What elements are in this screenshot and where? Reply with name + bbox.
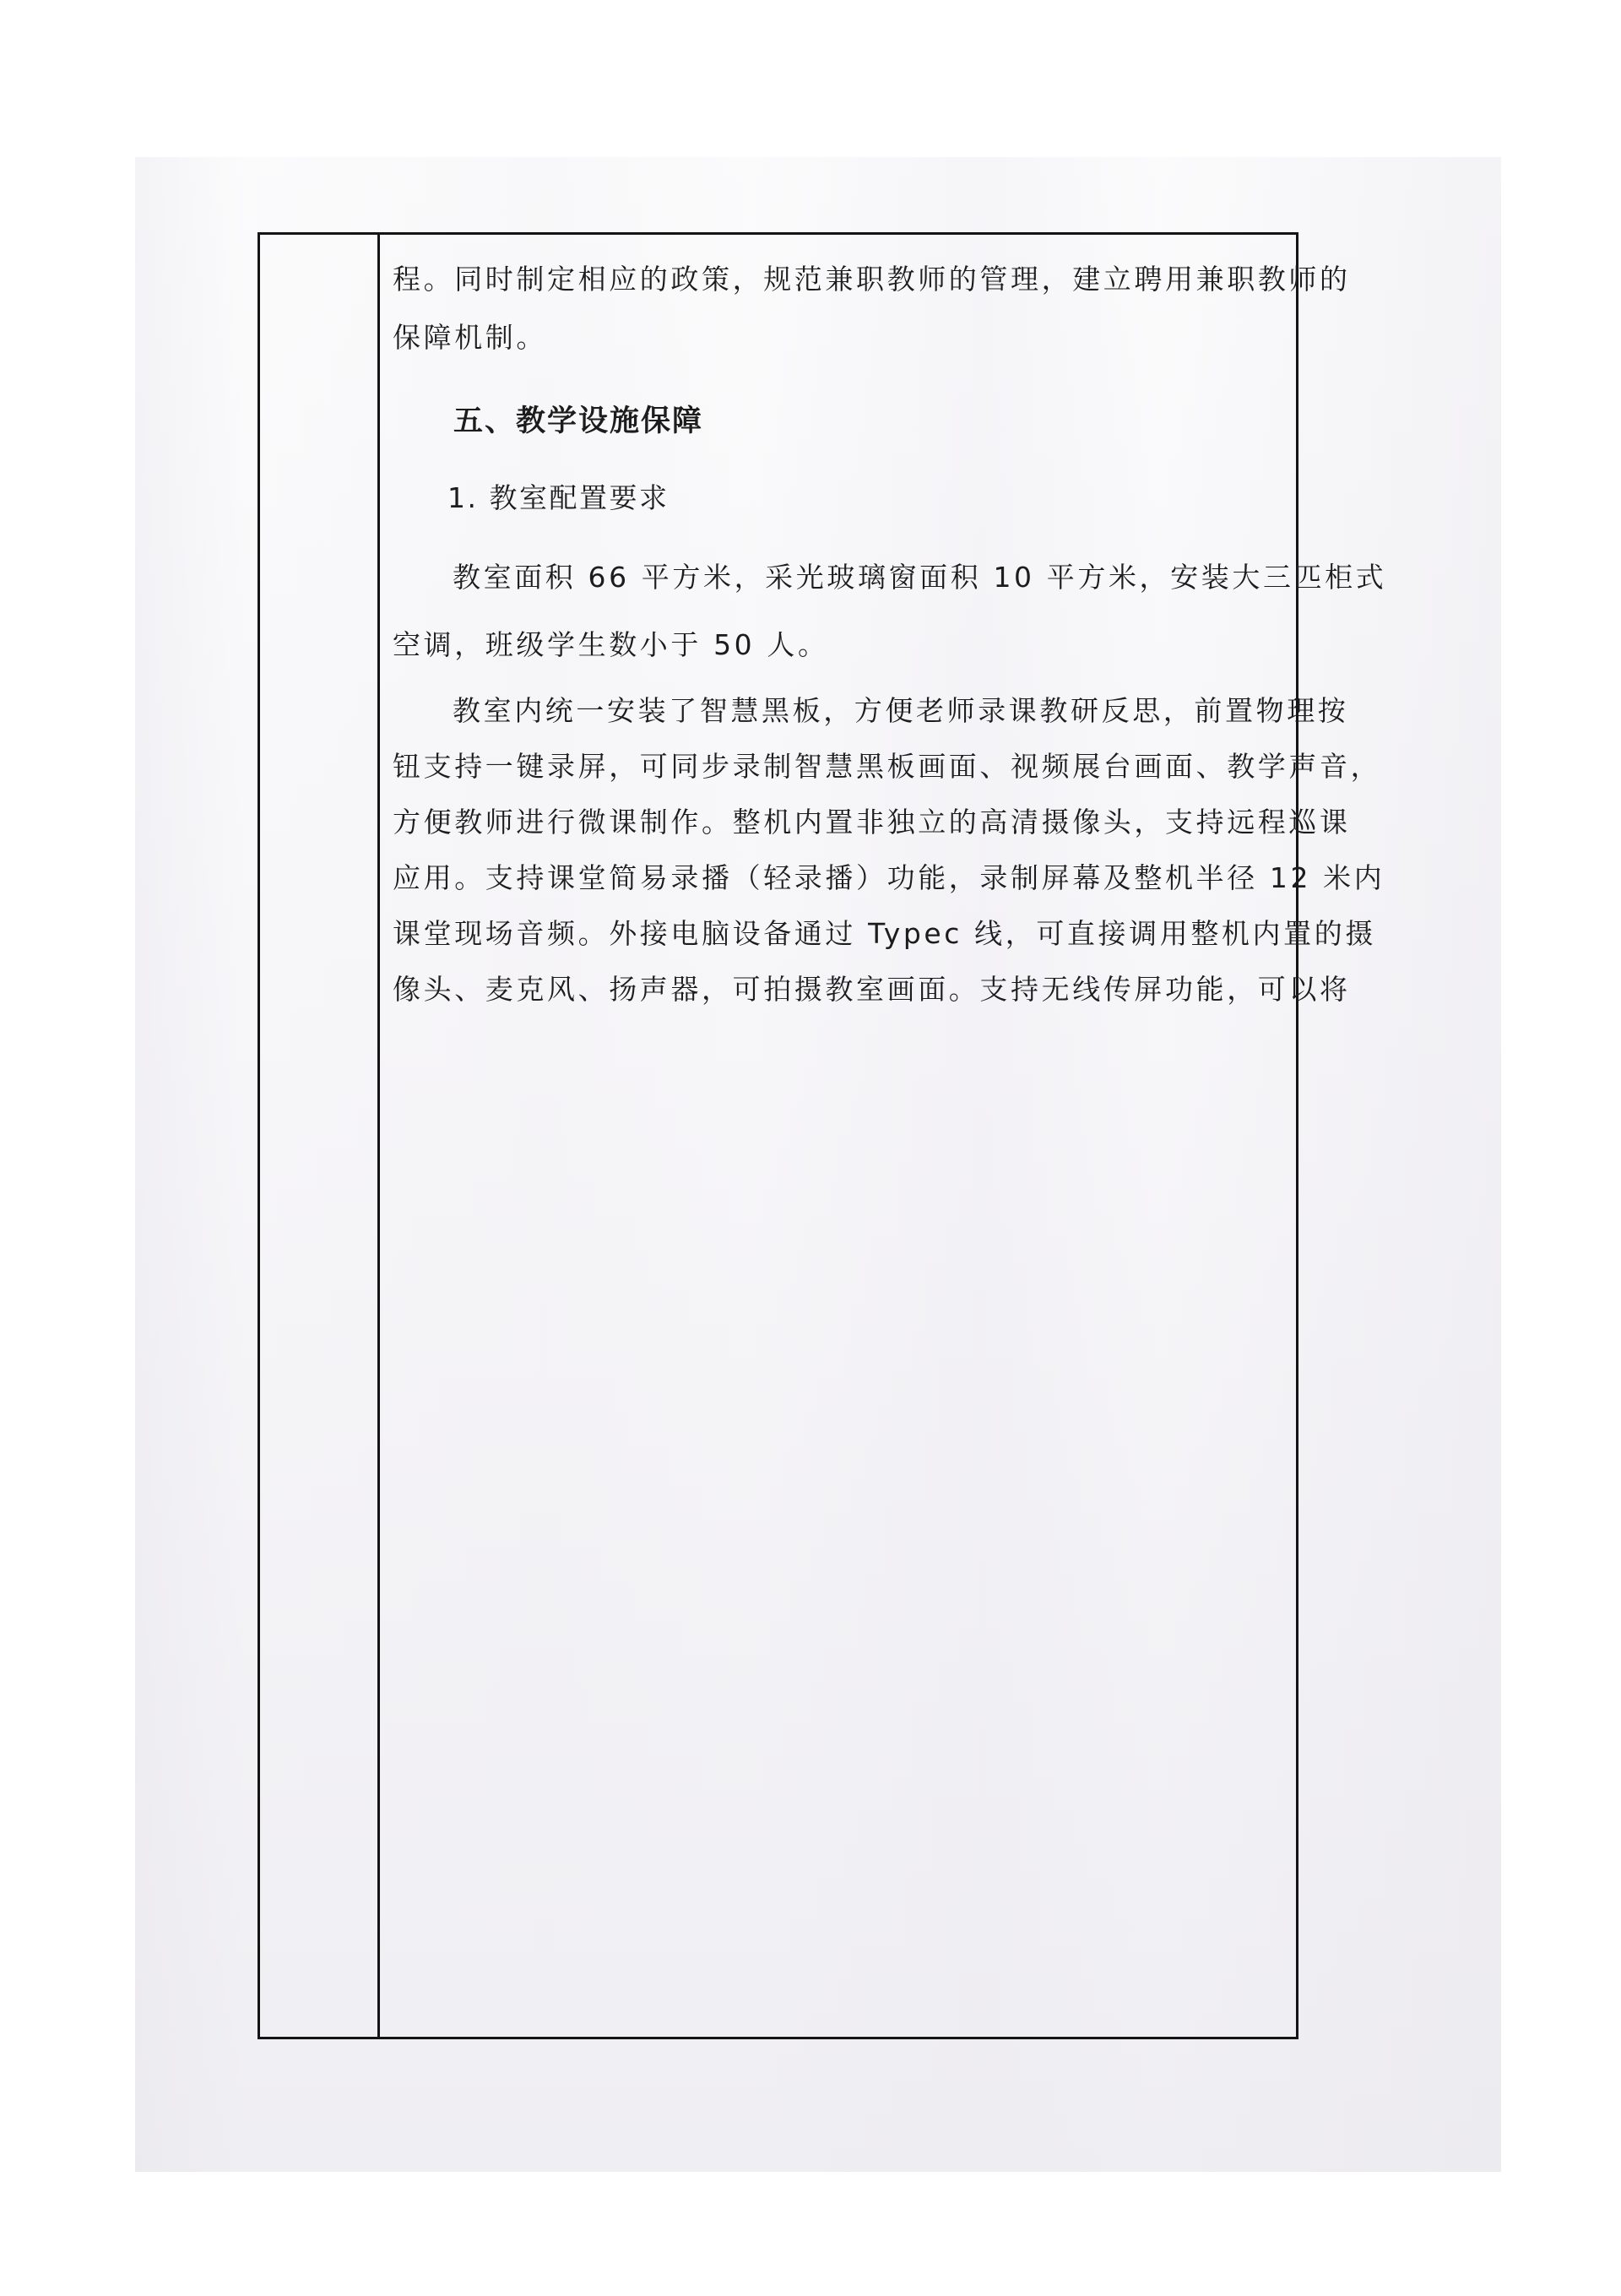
paragraph-line: 教室面积 66 平方米，采光玻璃窗面积 10 平方米，安装大三匹柜式 bbox=[453, 561, 1386, 594]
paragraph-line: 课堂现场音频。外接电脑设备通过 Typec 线，可直接调用整机内置的摄 bbox=[393, 917, 1376, 951]
paragraph-line: 钮支持一键录屏，可同步录制智慧黑板画面、视频展台画面、教学声音， bbox=[393, 750, 1381, 784]
paragraph-line: 保障机制。 bbox=[393, 321, 547, 355]
paragraph-line: 教室内统一安装了智慧黑板，方便老师录课教研反思，前置物理按 bbox=[453, 694, 1348, 728]
paragraph-line: 程。同时制定相应的政策，规范兼职教师的管理，建立聘用兼职教师的 bbox=[393, 263, 1351, 296]
paragraph-line: 方便教师进行微课制作。整机内置非独立的高清摄像头，支持远程巡课 bbox=[393, 806, 1351, 839]
subsection-heading: 1. 教室配置要求 bbox=[447, 481, 669, 515]
table-column-divider bbox=[377, 232, 380, 2039]
paragraph-line: 像头、麦克风、扬声器，可拍摄教室画面。支持无线传屏功能，可以将 bbox=[393, 973, 1351, 1007]
section-heading: 五、教学设施保障 bbox=[453, 404, 703, 438]
table-border bbox=[258, 232, 1298, 2039]
paragraph-line: 空调，班级学生数小于 50 人。 bbox=[393, 628, 829, 662]
paragraph-line: 应用。支持课堂简易录播（轻录播）功能，录制屏幕及整机半径 12 米内 bbox=[393, 861, 1385, 895]
